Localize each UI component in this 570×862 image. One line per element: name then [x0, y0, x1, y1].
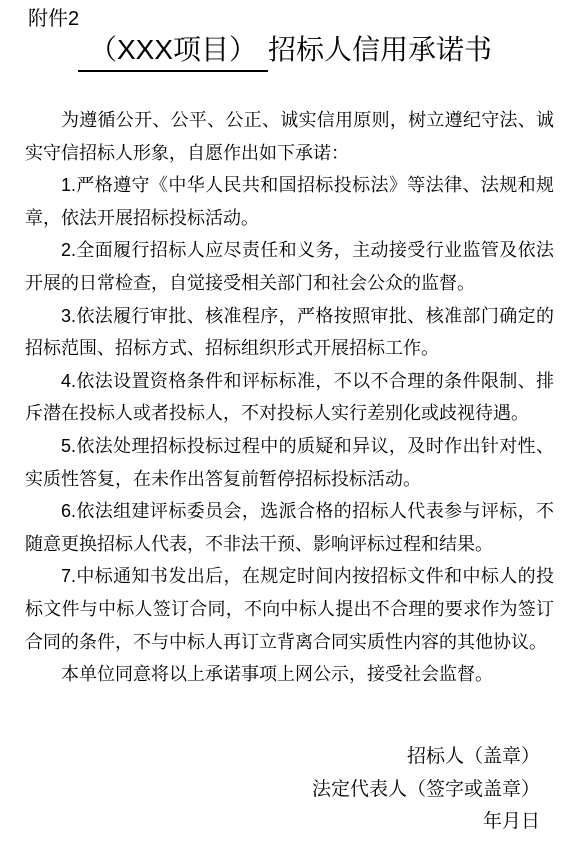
body-paragraph: 5.依法处理招标投标过程中的质疑和异议，及时作出针对性、实质性答复，在未作出答复… — [25, 430, 554, 495]
signature-line-legal-representative: 法定代表人（签字或盖章） — [0, 774, 540, 807]
body-paragraph: 为遵循公开、公平、公正、诚实信用原则，树立遵纪守法、诚实守信招标人形象，自愿作出… — [25, 104, 554, 169]
signature-block: 招标人（盖章） 法定代表人（签字或盖章） 年月日 — [0, 741, 540, 839]
body-paragraph: 7.中标通知书发出后，在规定时间内按招标文件和中标人的投标文件与中标人签订合同，… — [25, 560, 554, 658]
document-title: （XXX项目）招标人信用承诺书 — [0, 31, 570, 72]
signature-line-bidder-seal: 招标人（盖章） — [0, 741, 540, 774]
body-paragraph: 1.严格遵守《中华人民共和国招标投标法》等法律、法规和规章，依法开展招标投标活动… — [25, 169, 554, 234]
body-paragraph: 6.依法组建评标委员会，选派合格的招标人代表参与评标，不随意更换招标人代表，不非… — [25, 495, 554, 560]
document-page: 附件2 （XXX项目）招标人信用承诺书 为遵循公开、公平、公正、诚实信用原则，树… — [0, 0, 570, 862]
title-project-name-underlined: （XXX项目） — [78, 31, 268, 72]
attachment-label: 附件2 — [28, 6, 79, 32]
body-paragraph: 3.依法履行审批、核准程序，严格按照审批、核准部门确定的招标范围、招标方式、招标… — [25, 300, 554, 365]
title-text: 招标人信用承诺书 — [268, 34, 492, 65]
body-paragraph: 本单位同意将以上承诺事项上网公示，接受社会监督。 — [25, 658, 554, 691]
body-paragraph: 4.依法设置资格条件和评标标准，不以不合理的条件限制、排斥潜在投标人或者投标人，… — [25, 365, 554, 430]
body-paragraph: 2.全面履行招标人应尽责任和义务，主动接受行业监管及依法开展的日常检查，自觉接受… — [25, 234, 554, 299]
signature-line-date: 年月日 — [0, 806, 540, 839]
document-body: 为遵循公开、公平、公正、诚实信用原则，树立遵纪守法、诚实守信招标人形象，自愿作出… — [25, 104, 554, 691]
